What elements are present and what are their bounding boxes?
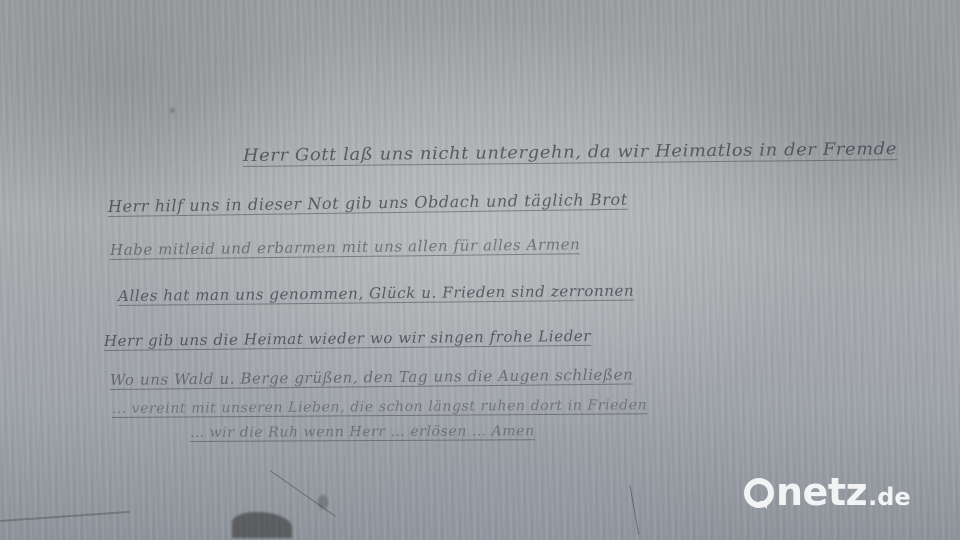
photo-wall: Herr Gott laß uns nicht untergehn, da wi…: [0, 0, 960, 540]
logo-brand-text: netz: [776, 470, 867, 514]
inscription-line-8: … wir die Ruh wenn Herr … erlösen … Amen: [190, 424, 535, 442]
wall-speck: [170, 108, 175, 113]
speech-bubble-o-icon: [744, 478, 774, 508]
plaster-texture: [0, 0, 960, 540]
onetz-watermark-logo: netz .de: [744, 470, 911, 514]
logo-tld-text: .de: [868, 483, 911, 511]
